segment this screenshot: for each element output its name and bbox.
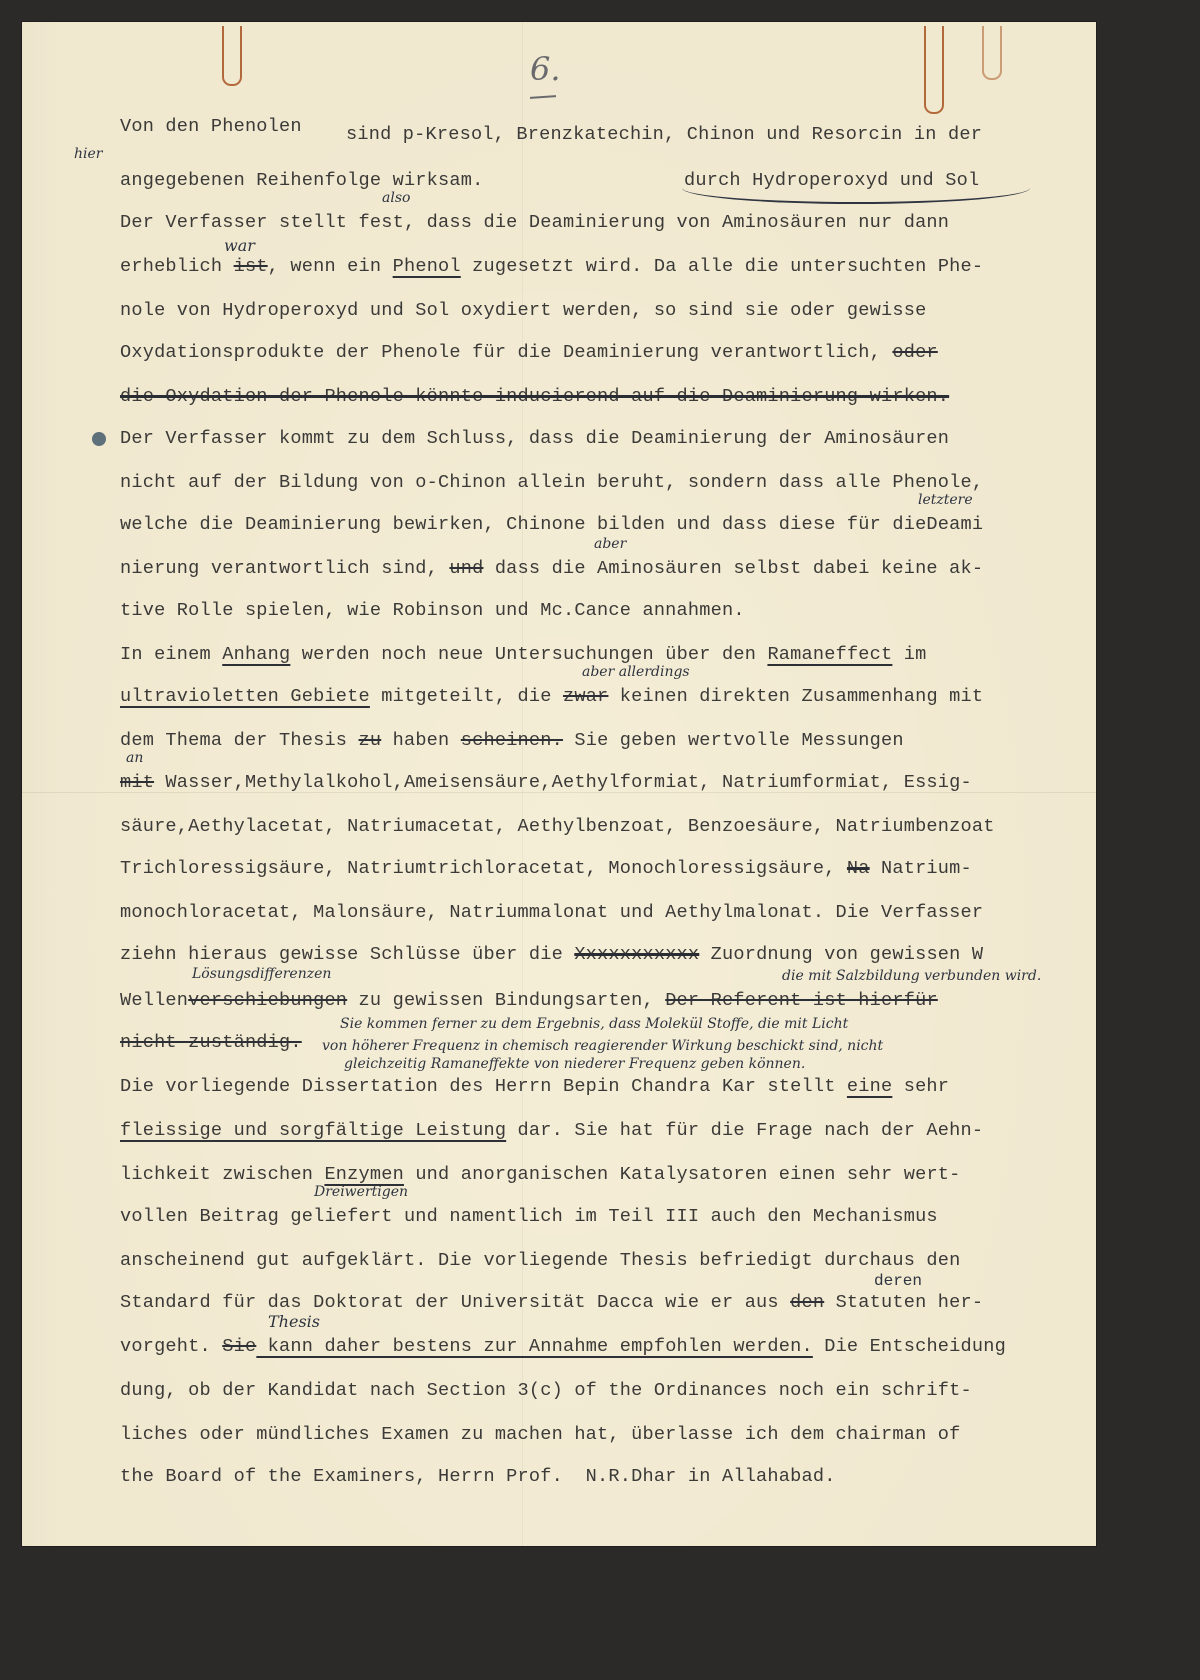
typed-line-10: welche die Deaminierung bewirken, Chinon… [120, 514, 983, 535]
annotation-an: an [126, 750, 143, 766]
typed-line-31: liches oder mündliches Examen zu machen … [120, 1424, 961, 1445]
typed-line-16: mit Wasser,Methylalkohol,Ameisensäure,Ae… [120, 772, 972, 793]
typed-line-30: dung, ob der Kandidat nach Section 3(c) … [120, 1380, 972, 1401]
typed-line-19: monochloracetat, Malonsäure, Natriummalo… [120, 902, 983, 923]
typed-line-28: Standard für das Doktorat der Universitä… [120, 1292, 983, 1313]
typed-line-4: erheblich ist, wenn ein Phenol zugesetzt… [120, 256, 983, 277]
typed-line-11: nierung verantwortlich sind, und dass di… [120, 558, 983, 579]
typed-line-1a: Von den Phenolen [120, 116, 302, 137]
underlined-word: Phenol [393, 256, 461, 277]
typed-line-12: tive Rolle spielen, wie Robinson und Mc.… [120, 600, 745, 621]
typed-line-25: lichkeit zwischen Enzymen und anorganisc… [120, 1164, 961, 1185]
annotation-aber: aber [594, 536, 626, 552]
typed-line-20: ziehn hieraus gewisse Schlüsse über die … [120, 944, 983, 965]
typed-line-15: dem Thema der Thesis zu haben scheinen. … [120, 730, 904, 751]
annotation-note-line4: gleichzeitig Ramaneffekte von niederer F… [344, 1056, 805, 1072]
insertion-bracket [682, 172, 1030, 204]
paperclip-mark-right-2 [982, 26, 1002, 80]
page-number-underline [530, 95, 556, 99]
typed-line-22-deleted: nicht zuständig. [120, 1032, 302, 1053]
typed-line-13: In einem Anhang werden noch neue Untersu… [120, 644, 926, 665]
typed-line-17: säure,Aethylacetat, Natriumacetat, Aethy… [120, 816, 995, 837]
typed-line-29: vorgeht. Sie kann daher bestens zur Anna… [120, 1336, 1006, 1357]
typed-line-14: ultravioletten Gebiete mitgeteilt, die z… [120, 686, 983, 707]
typed-line-2a: angegebenen Reihenfolge wirksam. [120, 170, 483, 191]
typed-line-8: Der Verfasser kommt zu dem Schluss, dass… [120, 428, 949, 449]
annotation-war: war [224, 236, 255, 255]
typed-line-18: Trichloressigsäure, Natriumtrichloraceta… [120, 858, 972, 879]
annotation-note-line1: die mit Salzbildung verbunden wird. [782, 968, 1041, 984]
annotation-hier: hier [74, 146, 102, 162]
typed-line-9: nicht auf der Bildung von o-Chinon allei… [120, 472, 983, 493]
annotation-note-line3: von höherer Frequenz in chemisch reagier… [322, 1038, 883, 1054]
typed-line-3: Der Verfasser stellt fest, dass die Deam… [120, 212, 949, 233]
typed-line-27: anscheinend gut aufgeklärt. Die vorliege… [120, 1250, 961, 1271]
annotation-also: also [382, 190, 410, 206]
deleted-word: ist [234, 256, 268, 277]
annotation-note-line2: Sie kommen ferner zu dem Ergebnis, dass … [340, 1016, 848, 1032]
typed-line-23: Die vorliegende Dissertation des Herrn B… [120, 1076, 949, 1097]
paperclip-mark-left [222, 26, 242, 86]
page-number: 6. [530, 50, 561, 88]
typed-line-1b: sind p-Kresol, Brenzkatechin, Chinon und… [346, 124, 982, 145]
document-page: 6. Von den Phenolen sind p-Kresol, Brenz… [22, 22, 1096, 1546]
typed-line-6: Oxydationsprodukte der Phenole für die D… [120, 342, 938, 363]
annotation-letztere: letztere [918, 492, 973, 508]
annotation-aber-allerdings: aber allerdings [582, 664, 690, 680]
ink-blot [92, 432, 106, 446]
typed-line-7-deleted: die Oxydation der Phenole könnte inducie… [120, 386, 949, 407]
annotation-deren: deren [874, 1272, 922, 1290]
typed-line-32: the Board of the Examiners, Herrn Prof. … [120, 1466, 836, 1487]
typed-line-5: nole von Hydroperoxyd und Sol oxydiert w… [120, 300, 926, 321]
typed-line-26: vollen Beitrag geliefert und namentlich … [120, 1206, 938, 1227]
annotation-thesis: Thesis [268, 1312, 320, 1331]
paperclip-mark-right [924, 26, 944, 114]
annotation-loesungsdifferenzen: Lösungsdifferenzen [192, 966, 331, 982]
typed-line-24: fleissige und sorgfältige Leistung dar. … [120, 1120, 983, 1141]
annotation-dreiwertigen: Dreiwertigen [314, 1184, 408, 1200]
typed-line-21: Wellenverschiebungen zu gewissen Bindung… [120, 990, 938, 1011]
